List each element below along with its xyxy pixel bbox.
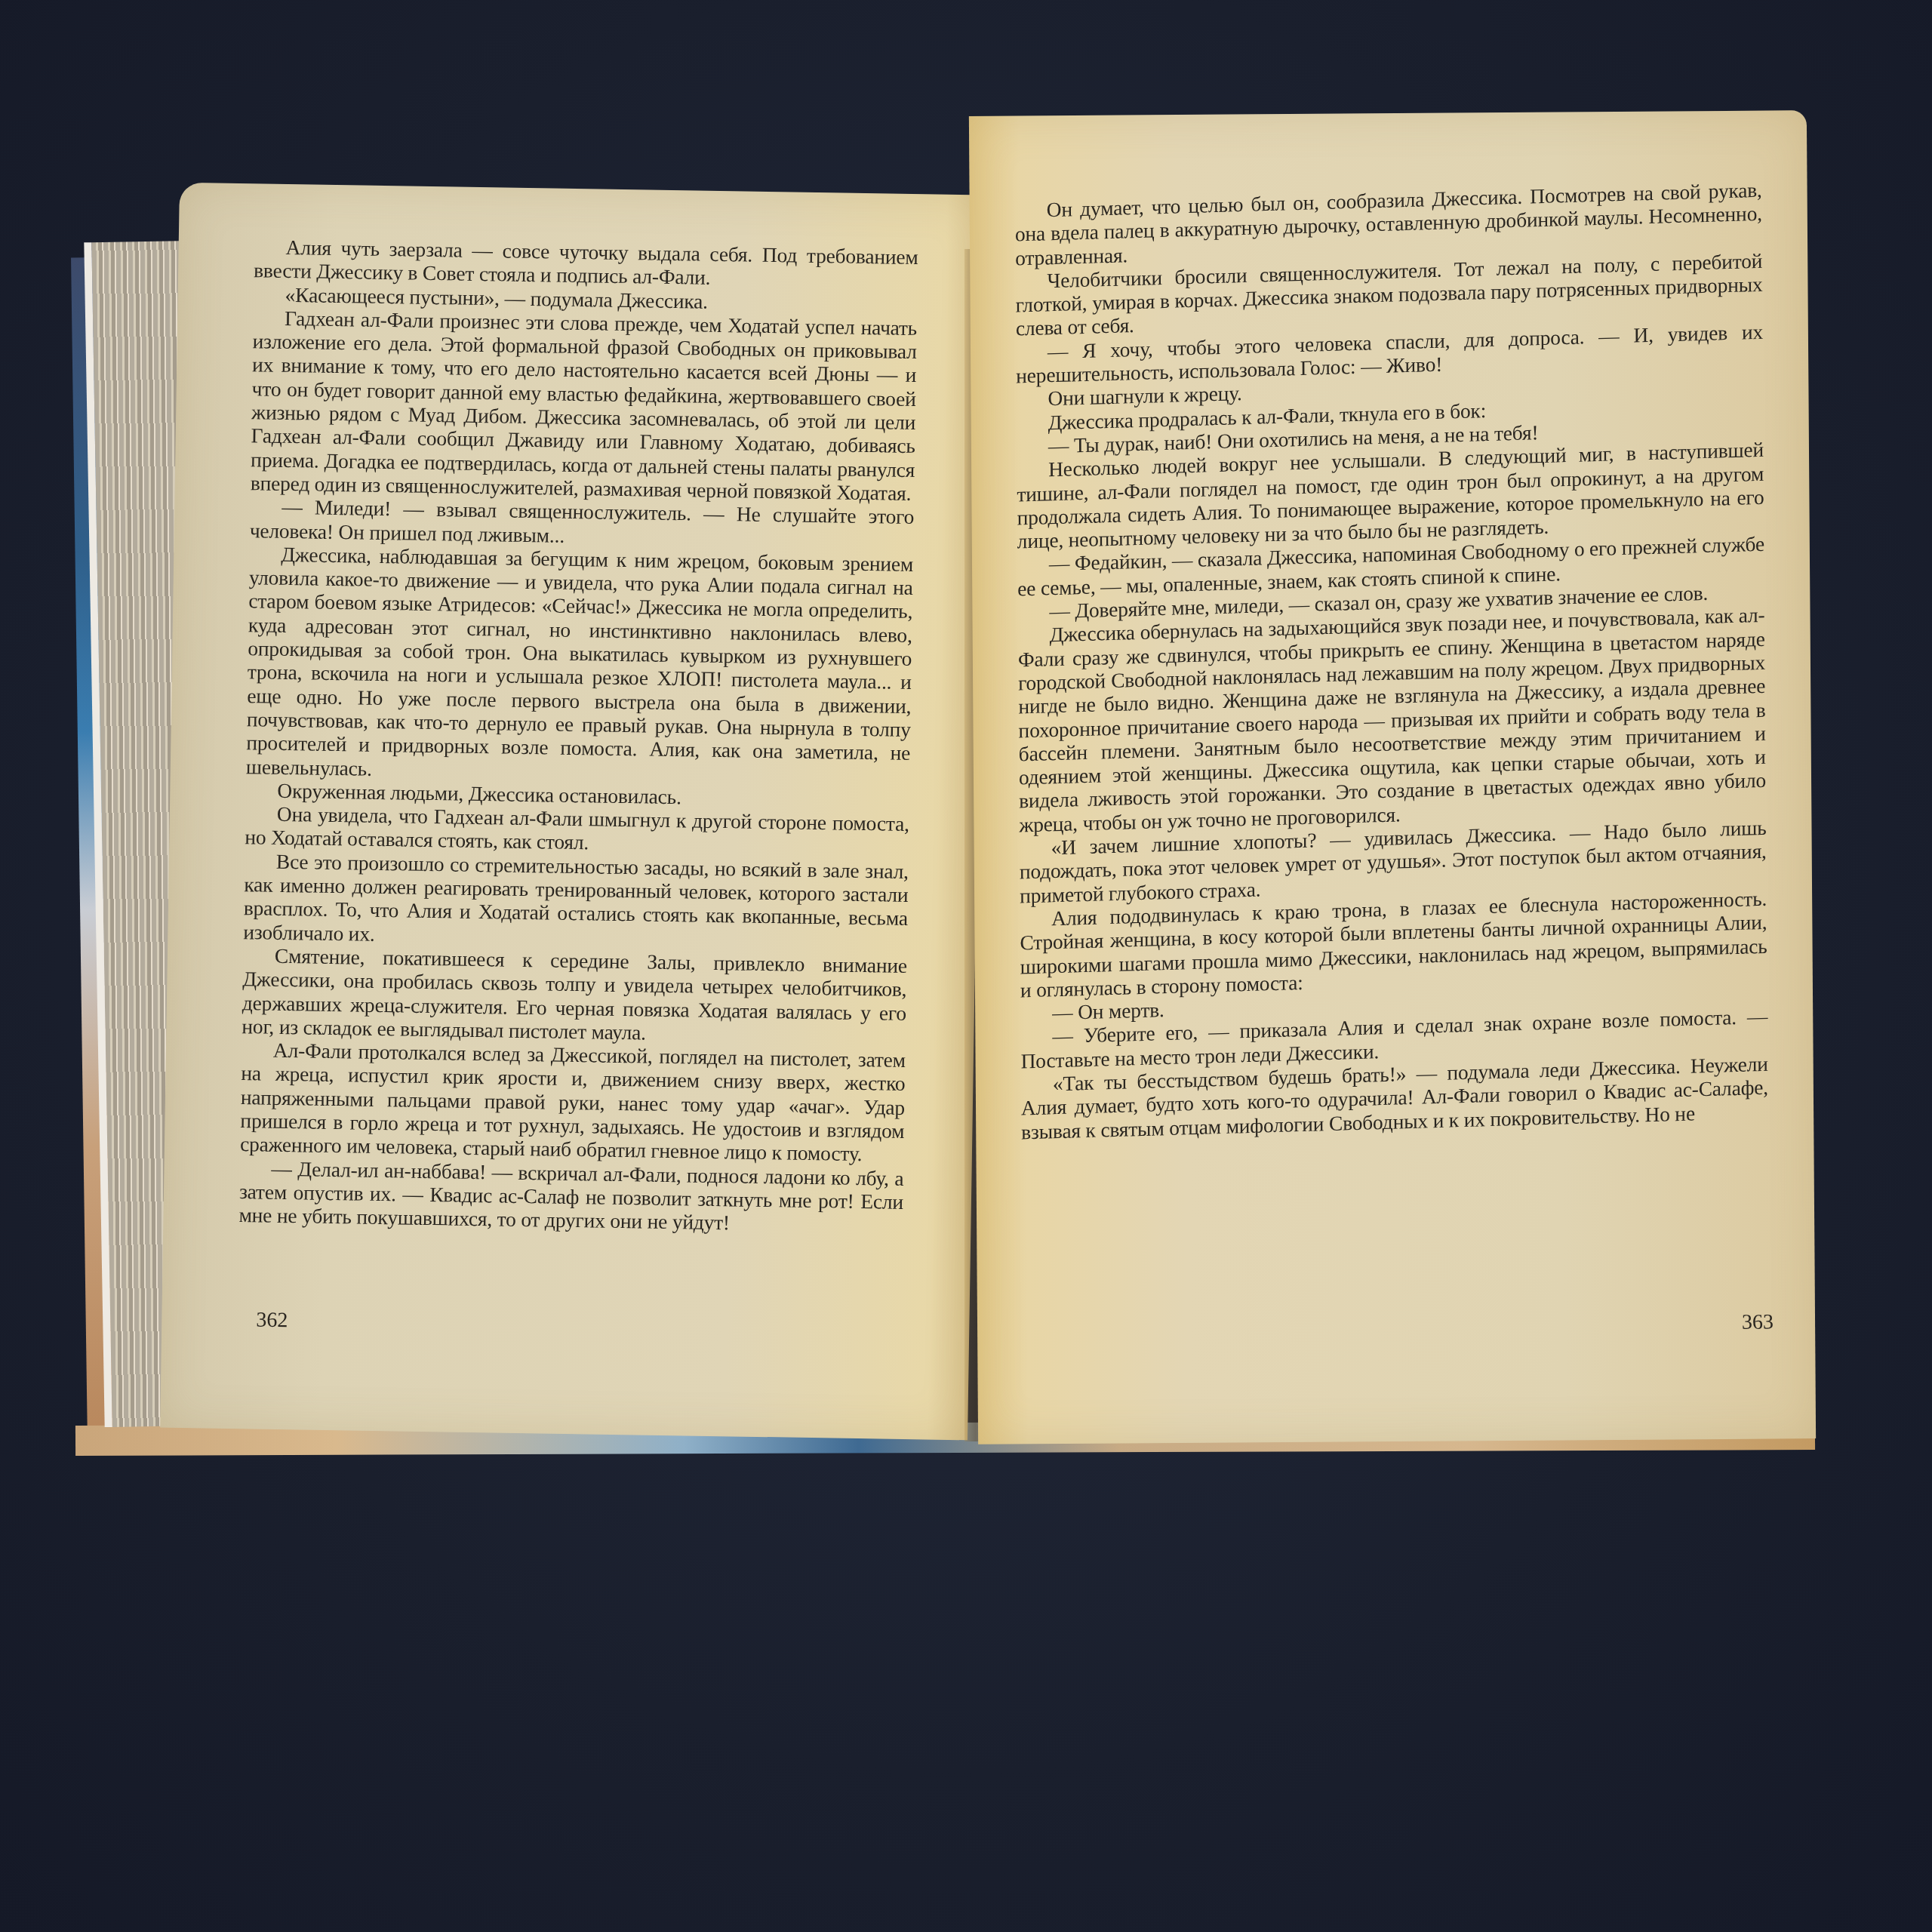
paragraph: — Делал-ил ан-наббава! — вскричал ал-Фал…	[238, 1156, 903, 1238]
page-number-left: 362	[256, 1308, 288, 1333]
paragraph: Джессика, наблюдавшая за бегущим к ним ж…	[246, 542, 914, 789]
right-page-text: Он думает, что целью был он, сообразила …	[1015, 178, 1769, 1143]
left-page: Алия чуть заерзала — совсе чуточку выдал…	[160, 183, 987, 1441]
paragraph: Ал-Фали протолкался вслед за Джессикой, …	[240, 1038, 906, 1166]
page-number-right: 363	[1742, 1310, 1774, 1334]
paragraph: Все это произошло со стремительностью за…	[243, 849, 909, 954]
paragraph: Гадхеан ал-Фали произнес эти слова прежд…	[251, 306, 918, 505]
paragraph: Джессика обернулась на задыхающийся звук…	[1018, 603, 1767, 836]
right-page: Он думает, что целью был он, сообразила …	[969, 110, 1816, 1444]
photo-scene: Алия чуть заерзала — совсе чуточку выдал…	[0, 0, 1932, 1932]
paragraph: Смятение, покатившееся к середине Залы, …	[241, 943, 907, 1048]
left-page-text: Алия чуть заерзала — совсе чуточку выдал…	[238, 235, 918, 1237]
